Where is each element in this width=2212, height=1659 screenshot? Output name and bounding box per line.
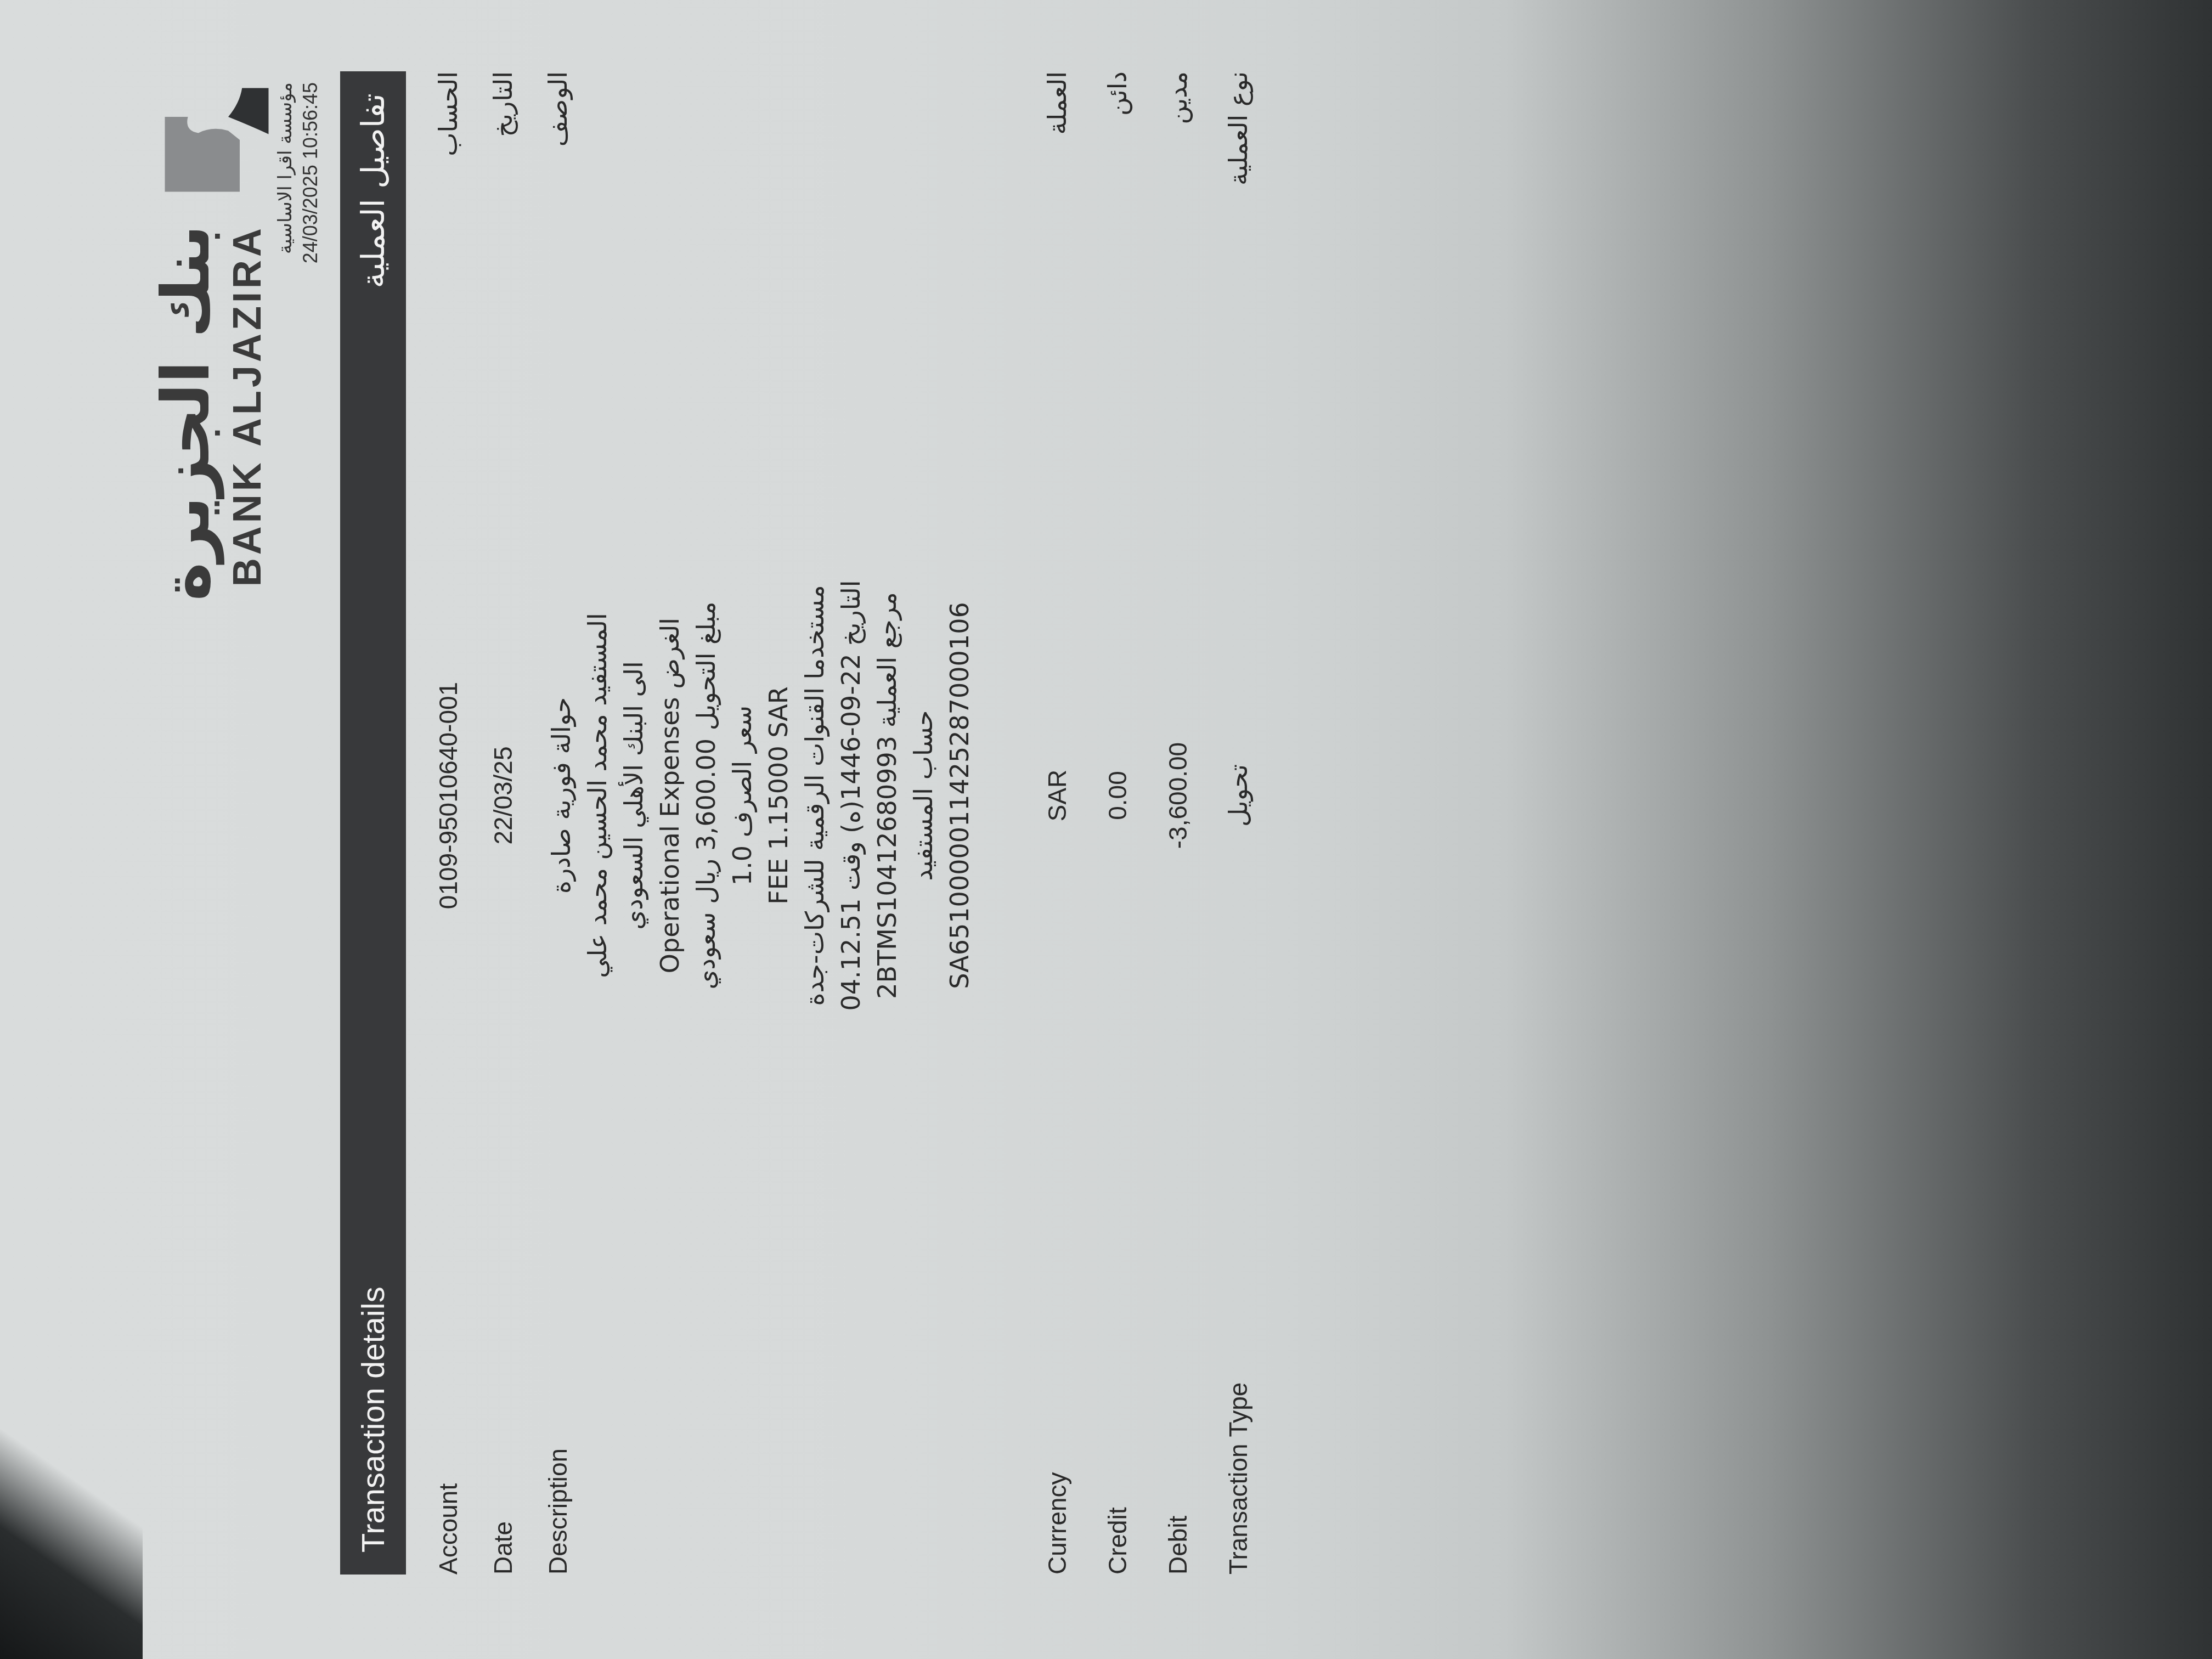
credit-label-ar: دائن (1103, 71, 1132, 346)
description-line: حساب المستفيد (905, 346, 941, 1245)
bank-name-english: BANK ALJAZIRA (225, 225, 270, 586)
bank-name-arabic: بنك الجزيرة (148, 225, 224, 601)
description-line: التاريخ 22-09-1446(ه) وقت 04.12.51 (833, 346, 869, 1245)
debit-label-ar: مدين (1163, 71, 1193, 346)
transaction-type-label-en: Transaction Type (1223, 1245, 1253, 1575)
bank-aljazira-logo-icon (159, 82, 274, 198)
credit-value: 0.00 (1103, 346, 1132, 1245)
account-label-en: Account (433, 1245, 463, 1575)
transaction-type-row: Transaction Type تحويل نوع العملية (1223, 71, 1253, 1575)
debit-label-en: Debit (1163, 1245, 1193, 1575)
description-line: الى البنك الأهلي السعودي (616, 346, 652, 1245)
debit-row: Debit -3,600.00 مدين (1163, 71, 1193, 1575)
description-line: مرجع العملية 2BTMS10412680993 (869, 346, 905, 1245)
print-timestamp: 24/03/2025 10:56:45 (299, 82, 322, 263)
description-line: حوالة فورية صادرة (543, 346, 579, 1245)
credit-label-en: Credit (1103, 1245, 1132, 1575)
account-label-ar: الحساب (433, 71, 463, 346)
transaction-type-value: تحويل (1223, 346, 1253, 1245)
description-label-en: Description (543, 1245, 978, 1575)
description-line: SA6510000011425287000106 (941, 346, 978, 1245)
description-label-ar: الوصف (543, 71, 978, 346)
account-value: 0109-95010640-001 (433, 346, 463, 1245)
section-title-english: Transaction details (355, 1286, 392, 1553)
organization-name: مؤسسة اقرا الاساسية (274, 82, 296, 254)
credit-row: Credit 0.00 دائن (1103, 71, 1132, 1575)
description-row: Description حوالة فورية صادرة المستفيد م… (543, 71, 978, 1575)
description-line: المستفيد محمد الحسين محمد علي (579, 346, 616, 1245)
description-line: مستخدما القنوات الرقمية للشركات-جدة (797, 346, 833, 1245)
transaction-type-label-ar: نوع العملية (1223, 71, 1253, 346)
document-page: بنك الجزيرة BANK ALJAZIRA مؤسسة اقرا الا… (110, 27, 1372, 1618)
account-row: Account 0109-95010640-001 الحساب (433, 71, 463, 1575)
description-line: مبلغ التحويل 3,600.00 ريال سعودي (688, 346, 724, 1245)
currency-row: Currency SAR العملة (1042, 71, 1072, 1575)
section-header-bar: Transaction details تفاصيل العملية (340, 71, 406, 1575)
description-value: حوالة فورية صادرة المستفيد محمد الحسين م… (543, 346, 978, 1245)
date-value: 22/03/25 (488, 346, 518, 1245)
section-title-arabic: تفاصيل العملية (354, 93, 392, 288)
currency-label-en: Currency (1042, 1245, 1072, 1575)
description-line: سعر الصرف 1.0 (724, 346, 760, 1245)
date-label-ar: التاريخ (488, 71, 518, 346)
date-row: Date 22/03/25 التاريخ (488, 71, 518, 1575)
date-label-en: Date (488, 1245, 518, 1575)
description-line: FEE 1.15000 SAR (760, 346, 797, 1245)
debit-value: -3,600.00 (1163, 346, 1193, 1245)
currency-label-ar: العملة (1042, 71, 1072, 346)
currency-value: SAR (1042, 346, 1072, 1245)
description-line: الغرض Operational Expenses (652, 346, 688, 1245)
